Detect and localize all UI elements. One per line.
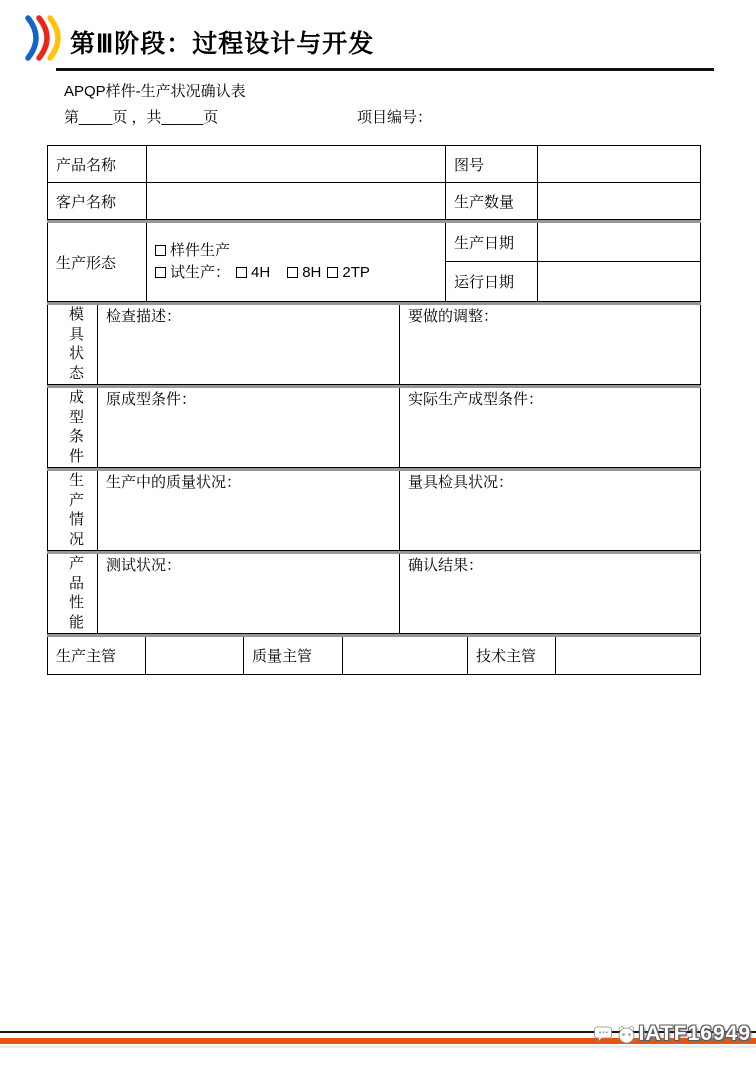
table-row: 生产形态 样件生产 试生产：4H8H2TP 生产日期 (48, 222, 701, 262)
production-situation-side-label: 生产情况 (48, 470, 98, 551)
checkbox-4h[interactable] (236, 267, 247, 278)
page-number-line: 第____页 ，共_____页 (64, 106, 218, 127)
table-row: 模具状态 检查描述： 要做的调整： (48, 304, 701, 385)
trial-production-label: 试生产： (170, 264, 230, 281)
watermark: IATF16949 (594, 1022, 752, 1046)
form-title: APQP样件-生产状况确认表 (64, 80, 246, 101)
adjustments-needed-cell: 要做的调整： (400, 304, 701, 385)
signatures-table: 生产主管 质量主管 技术主管 (47, 634, 701, 675)
test-status-cell: 测试状况： (98, 553, 400, 634)
product-name-value-cell (147, 146, 446, 183)
table-row: 生产情况 生产中的质量状况： 量具检具状况： (48, 470, 701, 551)
mascot-icon (617, 1025, 636, 1044)
drawing-no-value-cell (538, 146, 701, 183)
checkbox-trial-production[interactable] (155, 267, 166, 278)
trial-option-8h: 8H (302, 264, 321, 281)
slide-page: { "header": { "title": "第Ⅲ阶段：过程设计与开发", "… (0, 0, 756, 1070)
production-qty-value-cell (538, 183, 701, 220)
molding-conditions-side-label: 成型条件 (48, 387, 98, 468)
production-date-label: 生产日期 (446, 222, 538, 262)
table-row: 客户名称 生产数量 (48, 183, 701, 220)
quality-status-cell: 生产中的质量状况： (98, 470, 400, 551)
page-title: 第Ⅲ阶段：过程设计与开发 (70, 24, 374, 60)
drawing-no-label: 图号 (446, 146, 538, 183)
table-row: 产品名称 图号 (48, 146, 701, 183)
table-row: 产品性能 测试状况： 确认结果： (48, 553, 701, 634)
customer-name-label: 客户名称 (48, 183, 147, 220)
actual-molding-conditions-cell: 实际生产成型条件： (400, 387, 701, 468)
confirmation-result-cell: 确认结果： (400, 553, 701, 634)
production-mode-table: 生产形态 样件生产 试生产：4H8H2TP 生产日期 运行日期 (47, 220, 701, 302)
inspection-description-cell: 检查描述： (98, 304, 400, 385)
production-mode-label: 生产形态 (48, 222, 147, 302)
table-row: 生产主管 质量主管 技术主管 (48, 636, 701, 675)
original-molding-conditions-cell: 原成型条件： (98, 387, 400, 468)
production-date-value-cell (538, 222, 701, 262)
checkbox-8h[interactable] (287, 267, 298, 278)
run-date-value-cell (538, 262, 701, 302)
customer-name-value-cell (147, 183, 446, 220)
production-mode-options-cell: 样件生产 试生产：4H8H2TP (147, 222, 446, 302)
gauge-status-cell: 量具检具状况： (400, 470, 701, 551)
sample-production-label: 样件生产 (170, 242, 230, 259)
quality-manager-signature-cell (343, 636, 468, 675)
table-row: 成型条件 原成型条件： 实际生产成型条件： (48, 387, 701, 468)
mold-status-side-label: 模具状态 (48, 304, 98, 385)
project-number-label: 项目编号： (357, 106, 432, 127)
production-manager-signature-cell (146, 636, 244, 675)
product-performance-side-label: 产品性能 (48, 553, 98, 634)
title-underline (56, 68, 714, 71)
technical-manager-signature-cell (556, 636, 701, 675)
run-date-label: 运行日期 (446, 262, 538, 302)
trial-option-2tp: 2TP (342, 264, 370, 281)
product-name-label: 产品名称 (48, 146, 147, 183)
production-situation-section: 生产情况 生产中的质量状况： 量具检具状况： (47, 468, 701, 551)
molding-conditions-section: 成型条件 原成型条件： 实际生产成型条件： (47, 385, 701, 468)
checkbox-sample-production[interactable] (155, 245, 166, 256)
technical-manager-label: 技术主管 (468, 636, 556, 675)
mold-status-section: 模具状态 检查描述： 要做的调整： (47, 302, 701, 385)
chat-bubble-icon (594, 1025, 614, 1043)
apqp-form-table: 产品名称 图号 客户名称 生产数量 生产形态 样件生产 试生产：4H8H2TP (47, 145, 702, 675)
product-performance-section: 产品性能 测试状况： 确认结果： (47, 551, 701, 634)
quality-manager-label: 质量主管 (244, 636, 343, 675)
production-manager-label: 生产主管 (48, 636, 146, 675)
triple-chevron-logo-icon (23, 13, 63, 63)
watermark-text: IATF16949 (639, 1022, 752, 1046)
basic-info-table: 产品名称 图号 客户名称 生产数量 (47, 145, 701, 220)
trial-option-4h: 4H (251, 264, 270, 281)
checkbox-2tp[interactable] (327, 267, 338, 278)
production-qty-label: 生产数量 (446, 183, 538, 220)
